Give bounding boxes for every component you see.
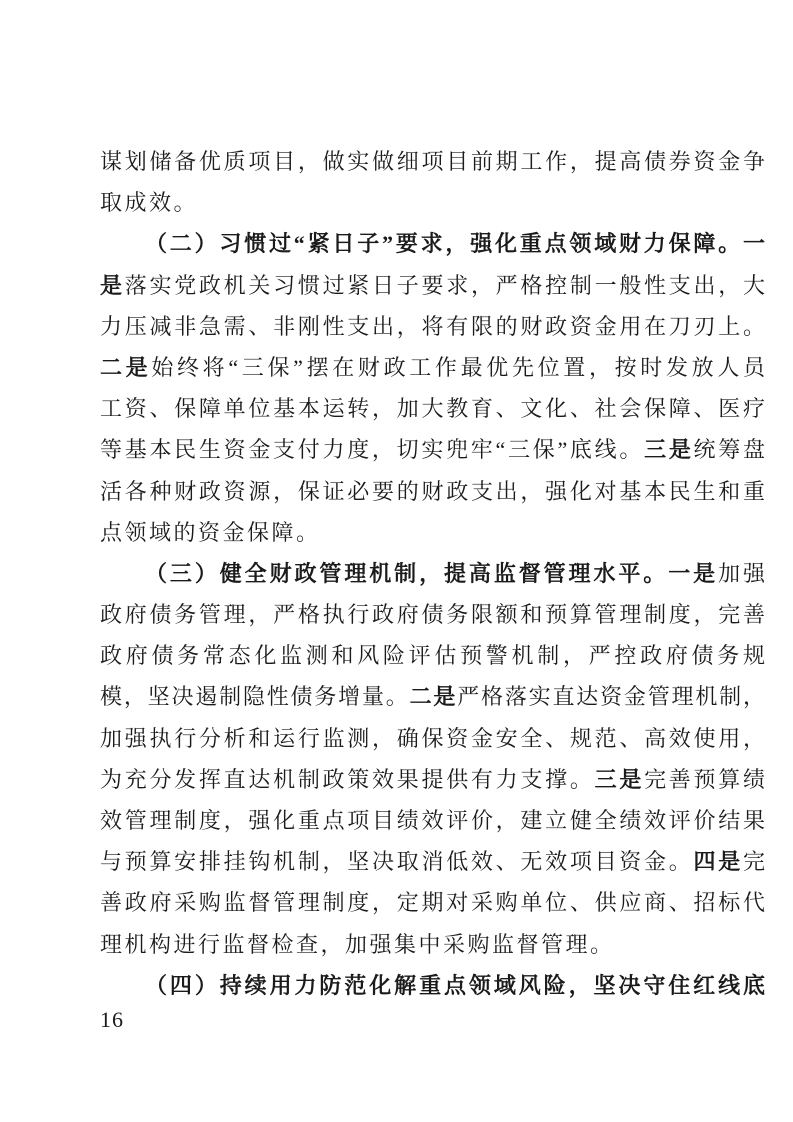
text-run: 等基本民生资金支付力度，切实兜牢“三保”底线。 (100, 437, 644, 462)
text-line: 二是始终将“三保”摆在财政工作最优先位置，按时发放人员 (100, 347, 765, 388)
text-line: 是落实党政机关习惯过紧日子要求，严格控制一般性支出，大 (100, 265, 765, 306)
document-page: 谋划储备优质项目，做实做细项目前期工作，提高债券资金争取成效。（二）习惯过“紧日… (0, 0, 793, 1122)
text-run: 统筹盘 (694, 437, 765, 462)
text-run: 善政府采购监督管理制度，定期对采购单位、供应商、招标代 (100, 890, 765, 915)
bold-text-run: 三是 (595, 767, 644, 792)
text-line: 等基本民生资金支付力度，切实兜牢“三保”底线。三是统筹盘 (100, 429, 765, 470)
text-run: 理机构进行监督检查，加强集中采购监督管理。 (100, 932, 615, 957)
text-run: 为充分发挥直达机制政策效果提供有力支撑。 (100, 767, 595, 792)
text-run: 落实党政机关习惯过紧日子要求，严格控制一般性支出，大 (125, 273, 765, 298)
paragraph-section-2: （二）习惯过“紧日子”要求，强化重点领域财力保障。一是落实党政机关习惯过紧日子要… (100, 223, 765, 553)
paragraph-section-4: （四）持续用力防范化解重点领域风险，坚决守住红线底 (100, 965, 765, 1006)
text-line: 模，坚决遏制隐性债务增量。二是严格落实直达资金管理机制， (100, 676, 765, 717)
text-line: 政府债务管理，严格执行政府债务限额和预算管理制度，完善 (100, 594, 765, 635)
text-line: 理机构进行监督检查，加强集中采购监督管理。 (100, 924, 765, 965)
text-run: 加强执行分析和运行监测，确保资金安全、规范、高效使用， (100, 726, 765, 751)
bold-text-run: 二是 (100, 355, 151, 380)
text-line: （二）习惯过“紧日子”要求，强化重点领域财力保障。一 (100, 223, 765, 264)
text-run: 取成效。 (100, 190, 198, 215)
text-line: 政府债务常态化监测和风险评估预警机制，严控政府债务规 (100, 635, 765, 676)
text-run: 严格落实直达资金管理机制， (457, 684, 765, 709)
document-text-block: 谋划储备优质项目，做实做细项目前期工作，提高债券资金争取成效。（二）习惯过“紧日… (100, 141, 765, 1006)
text-run: 加强 (718, 561, 765, 586)
text-line: 力压减非急需、非刚性支出，将有限的财政资金用在刀刃上。 (100, 306, 765, 347)
text-line: 工资、保障单位基本运转，加大教育、文化、社会保障、医疗 (100, 388, 765, 429)
text-line: 为充分发挥直达机制政策效果提供有力支撑。三是完善预算绩 (100, 759, 765, 800)
bold-text-run: 二是 (410, 684, 458, 709)
text-run: 政府债务常态化监测和风险评估预警机制，严控政府债务规 (100, 643, 765, 668)
text-run: 与预算安排挂钩机制，坚决取消低效、无效项目资金。 (100, 849, 694, 874)
text-line: 活各种财政资源，保证必要的财政支出，强化对基本民生和重 (100, 471, 765, 512)
text-run: 点领域的资金保障。 (100, 520, 321, 545)
text-run: 始终将“三保”摆在财政工作最优先位置，按时发放人员 (151, 355, 765, 380)
text-line: 点领域的资金保障。 (100, 512, 765, 553)
text-line: 与预算安排挂钩机制，坚决取消低效、无效项目资金。四是完 (100, 841, 765, 882)
text-line: 加强执行分析和运行监测，确保资金安全、规范、高效使用， (100, 718, 765, 759)
bold-text-run: 四是 (694, 849, 743, 874)
bold-text-run: （三）健全财政管理机制，提高监督管理水平。一是 (145, 561, 718, 586)
text-line: 取成效。 (100, 182, 765, 223)
bold-text-run: 是 (100, 273, 125, 298)
text-line: （三）健全财政管理机制，提高监督管理水平。一是加强 (100, 553, 765, 594)
paragraph-continuation: 谋划储备优质项目，做实做细项目前期工作，提高债券资金争取成效。 (100, 141, 765, 223)
text-run: 完 (743, 849, 765, 874)
text-run: 完善预算绩 (644, 767, 765, 792)
text-run: 效管理制度，强化重点项目绩效评价，建立健全绩效评价结果 (100, 808, 765, 833)
bold-text-run: 三是 (644, 437, 693, 462)
text-run: 谋划储备优质项目，做实做细项目前期工作，提高债券资金争 (100, 149, 765, 174)
text-run: 活各种财政资源，保证必要的财政支出，强化对基本民生和重 (100, 479, 765, 504)
paragraph-section-3: （三）健全财政管理机制，提高监督管理水平。一是加强政府债务管理，严格执行政府债务… (100, 553, 765, 965)
text-run: 模，坚决遏制隐性债务增量。 (100, 684, 410, 709)
bold-text-run: （四）持续用力防范化解重点领域风险，坚决守住红线底 (145, 973, 765, 998)
text-run: 政府债务管理，严格执行政府债务限额和预算管理制度，完善 (100, 602, 765, 627)
text-line: 效管理制度，强化重点项目绩效评价，建立健全绩效评价结果 (100, 800, 765, 841)
page-number: 16 (100, 1005, 124, 1035)
text-line: （四）持续用力防范化解重点领域风险，坚决守住红线底 (100, 965, 765, 1006)
text-run: 力压减非急需、非刚性支出，将有限的财政资金用在刀刃上。 (100, 314, 765, 339)
bold-text-run: （二）习惯过“紧日子”要求，强化重点领域财力保障。一 (145, 231, 765, 256)
text-run: 工资、保障单位基本运转，加大教育、文化、社会保障、医疗 (100, 396, 765, 421)
text-line: 谋划储备优质项目，做实做细项目前期工作，提高债券资金争 (100, 141, 765, 182)
text-line: 善政府采购监督管理制度，定期对采购单位、供应商、招标代 (100, 882, 765, 923)
